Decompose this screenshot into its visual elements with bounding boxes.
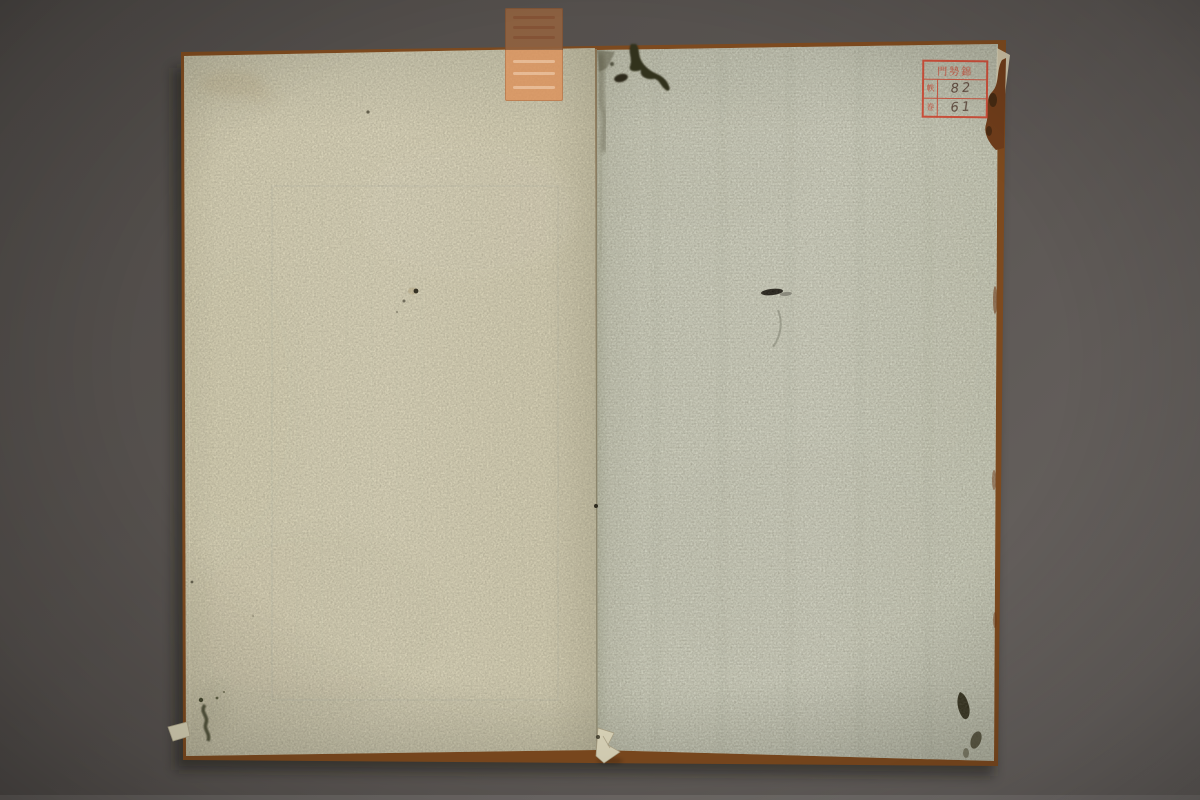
stamp-row-volume: 巻 61: [924, 97, 986, 116]
right-page: [580, 44, 998, 764]
left-page: [180, 44, 599, 760]
stamp-header: 門㔟錦: [924, 62, 986, 80]
slip-illegible-mark: [513, 16, 555, 19]
slip-shadow-over-background: [505, 8, 563, 50]
slip-illegible-mark: [513, 26, 555, 29]
slip-illegible-mark: [513, 36, 555, 39]
stamp-case-number: 82: [938, 80, 987, 98]
spine-gutter: [594, 49, 598, 750]
stamp-volume-label: 巻: [924, 98, 938, 115]
gutter-speck: [594, 504, 598, 508]
slip-illegible-mark: [513, 72, 555, 75]
library-stamp: 門㔟錦 帙 82 巻 61: [922, 60, 989, 119]
book-illustration: [0, 0, 1200, 800]
stamp-row-case: 帙 82: [924, 79, 986, 98]
table-edge-highlight: [0, 795, 1200, 800]
slip-illegible-mark: [513, 86, 555, 89]
photograph-of-open-book: 門㔟錦 帙 82 巻 61: [0, 0, 1200, 800]
slip-illegible-mark: [513, 60, 555, 63]
stamp-volume-number: 61: [937, 98, 986, 116]
stamp-case-label: 帙: [924, 80, 938, 97]
stamp-header-text: 門㔟錦: [937, 63, 973, 78]
call-number-slip: [505, 8, 563, 101]
